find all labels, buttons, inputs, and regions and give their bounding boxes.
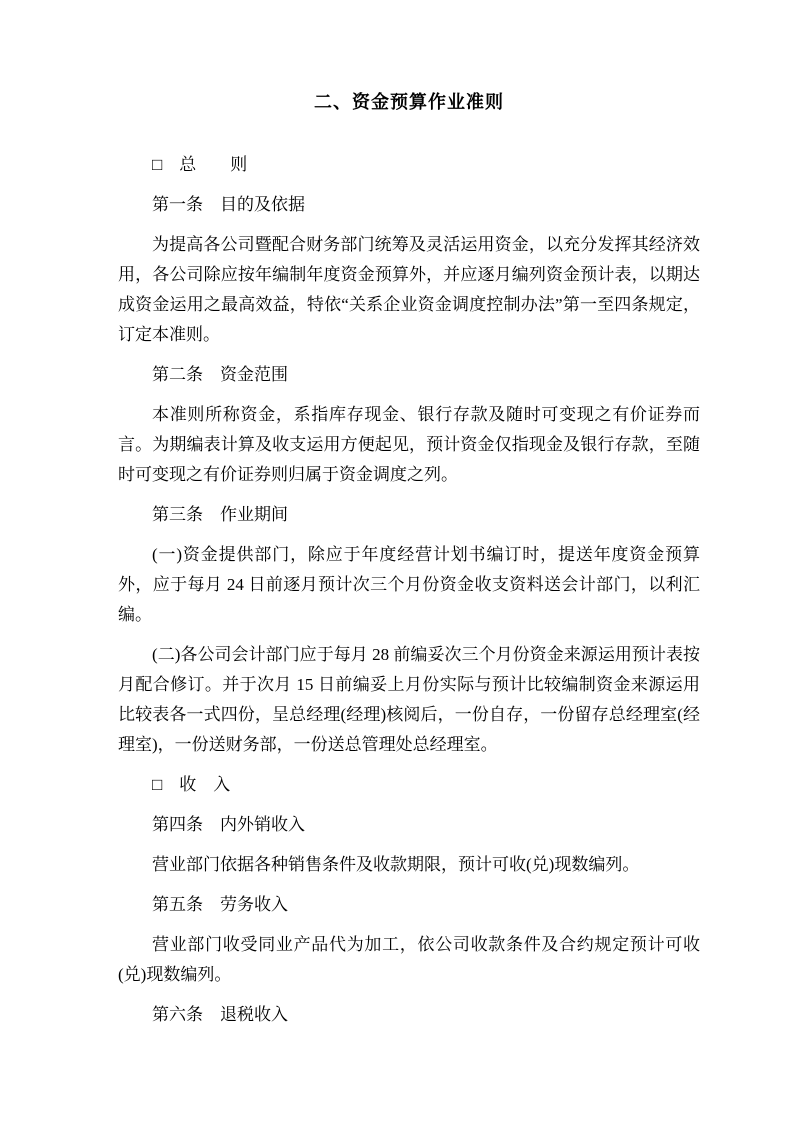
document-content: 二、资金预算作业准则 □ 总 则 第一条 目的及依据 为提高各公司暨配合财务部门…	[0, 0, 793, 1030]
document-title: 二、资金预算作业准则	[118, 89, 700, 116]
article-5-paragraph: 营业部门收受同业产品代为加工，依公司收款条件及合约规定预计可收(兑)现数编列。	[118, 930, 700, 990]
article-2-paragraph: 本准则所称资金，系指库存现金、银行存款及随时可变现之有价证券而言。为期编表计算及…	[118, 400, 700, 490]
document-body: □ 总 则 第一条 目的及依据 为提高各公司暨配合财务部门统筹及灵活运用资金，以…	[118, 150, 700, 1030]
document-page: 二、资金预算作业准则 □ 总 则 第一条 目的及依据 为提高各公司暨配合财务部门…	[0, 0, 793, 1122]
article-1-heading: 第一条 目的及依据	[118, 190, 700, 220]
article-6-heading: 第六条 退税收入	[118, 1000, 700, 1030]
article-1-paragraph: 为提高各公司暨配合财务部门统筹及灵活运用资金，以充分发挥其经济效用，各公司除应按…	[118, 230, 700, 350]
section-marker-general: □ 总 则	[118, 150, 700, 180]
article-3-paragraph-2: (二)各公司会计部门应于每月 28 前编妥次三个月份资金来源运用预计表按月配合修…	[118, 640, 700, 760]
article-3-heading: 第三条 作业期间	[118, 500, 700, 530]
article-4-paragraph: 营业部门依据各种销售条件及收款期限，预计可收(兑)现数编列。	[118, 850, 700, 880]
article-2-heading: 第二条 资金范围	[118, 360, 700, 390]
article-4-heading: 第四条 内外销收入	[118, 810, 700, 840]
section-marker-income: □ 收 入	[118, 770, 700, 800]
article-5-heading: 第五条 劳务收入	[118, 890, 700, 920]
article-3-paragraph-1: (一)资金提供部门，除应于年度经营计划书编订时，提送年度资金预算外，应于每月 2…	[118, 540, 700, 630]
